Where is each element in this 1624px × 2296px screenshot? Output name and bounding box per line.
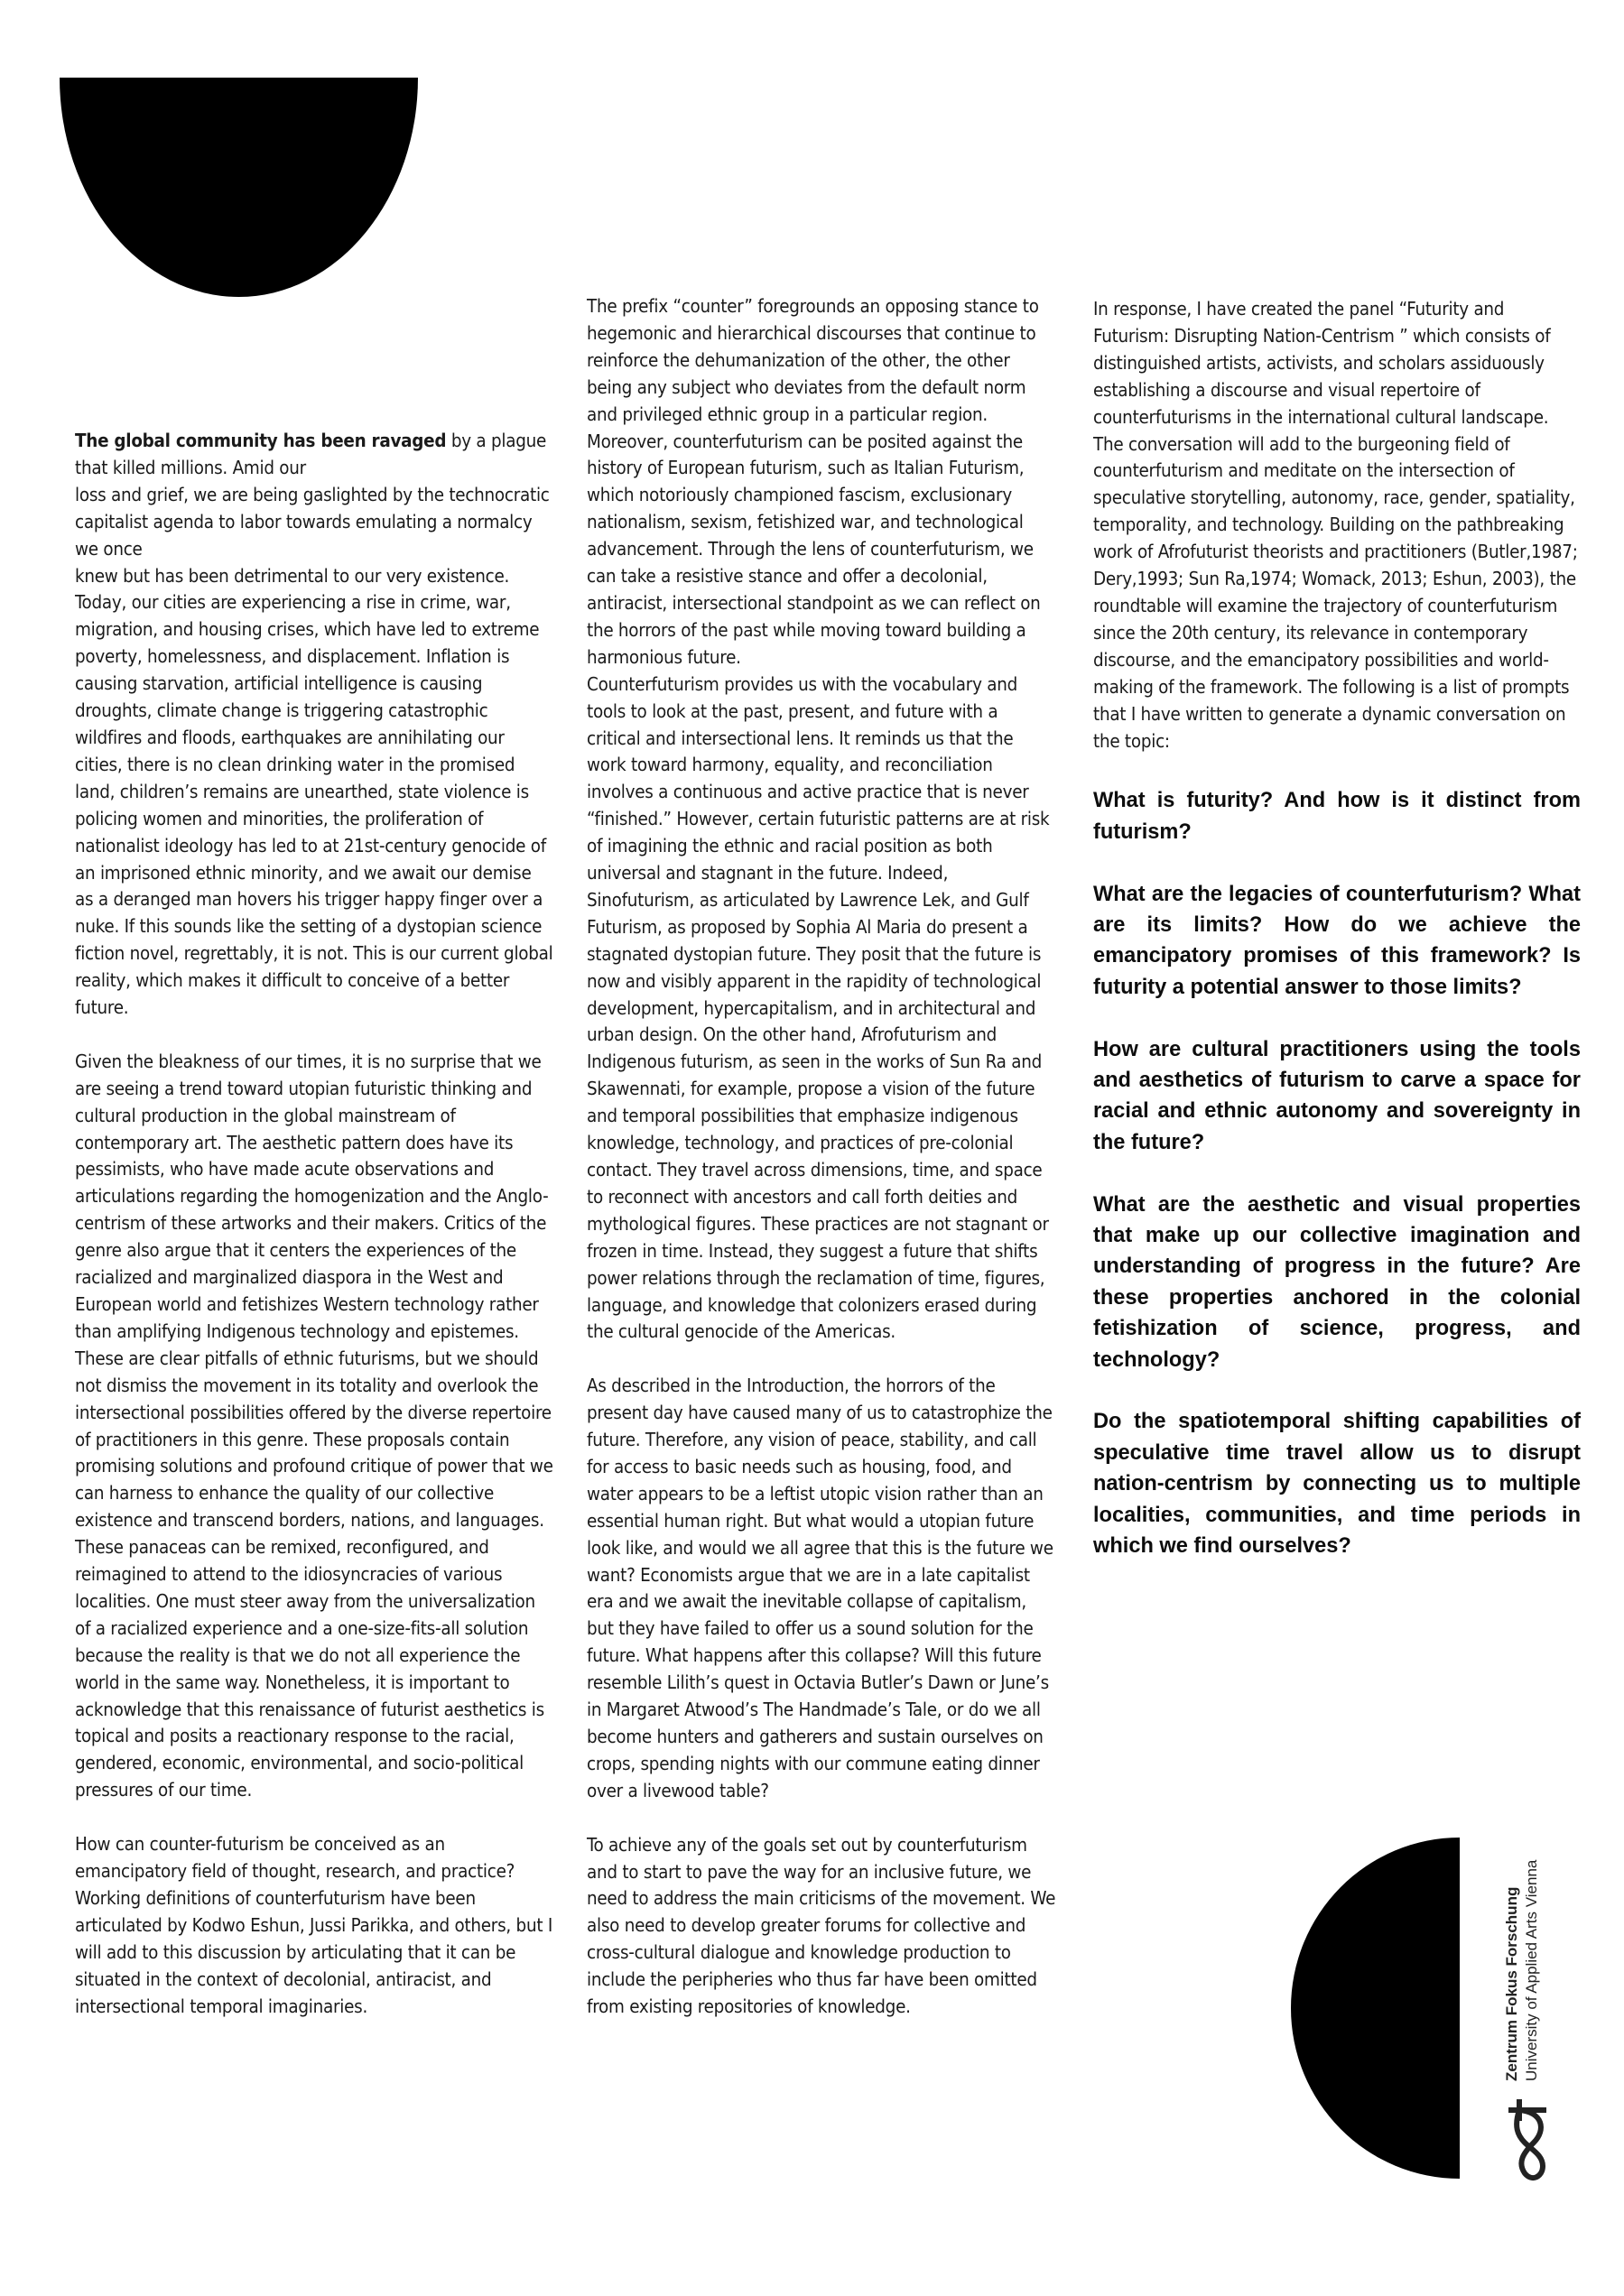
left-column: The global community has been ravaged by… [75, 428, 553, 2047]
paragraph: To achieve any of the goals set out by c… [587, 1832, 1056, 2021]
panel-intro-paragraph: In response, I have created the panel “F… [1093, 296, 1581, 755]
paragraph: How can counter-futurism be conceived as… [75, 1831, 553, 2020]
prompt-question: What are the legacies of counterfuturism… [1093, 879, 1581, 1004]
lead-phrase: The global community has been ravaged [75, 430, 446, 451]
logo-text: Zentrum Fokus Forschung University of Ap… [1503, 1838, 1557, 2081]
intro-paragraph: The global community has been ravaged by… [75, 428, 553, 1022]
top-half-circle-decoration [60, 78, 418, 297]
paragraph: Given the bleakness of our times, it is … [75, 1049, 553, 1804]
institution-logo: Zentrum Fokus Forschung University of Ap… [1503, 1838, 1557, 2185]
paragraph: As described in the Introduction, the ho… [587, 1373, 1056, 1805]
prompt-question: How are cultural practitioners using the… [1093, 1034, 1581, 1159]
paragraph: The prefix “counter” foregrounds an oppo… [587, 293, 1056, 1346]
infinity-cross-logo-icon [1507, 2099, 1548, 2182]
prompt-question: What is futurity? And how is it distinct… [1093, 785, 1581, 847]
right-column: In response, I have created the panel “F… [1093, 296, 1581, 1593]
prompt-question: Do the spatiotemporal shifting capabilit… [1093, 1406, 1581, 1561]
bottom-half-circle-decoration [1291, 1838, 1460, 2179]
prompt-question: What are the aesthetic and visual proper… [1093, 1190, 1581, 1375]
middle-column: The prefix “counter” foregrounds an oppo… [587, 293, 1056, 2048]
logo-line-zentrum: Zentrum Fokus Forschung [1503, 1887, 1521, 2081]
paragraph-text: by a plague that killed millions. Amid o… [75, 430, 553, 1018]
logo-line-university: University of Applied Arts Vienna [1523, 1860, 1541, 2081]
